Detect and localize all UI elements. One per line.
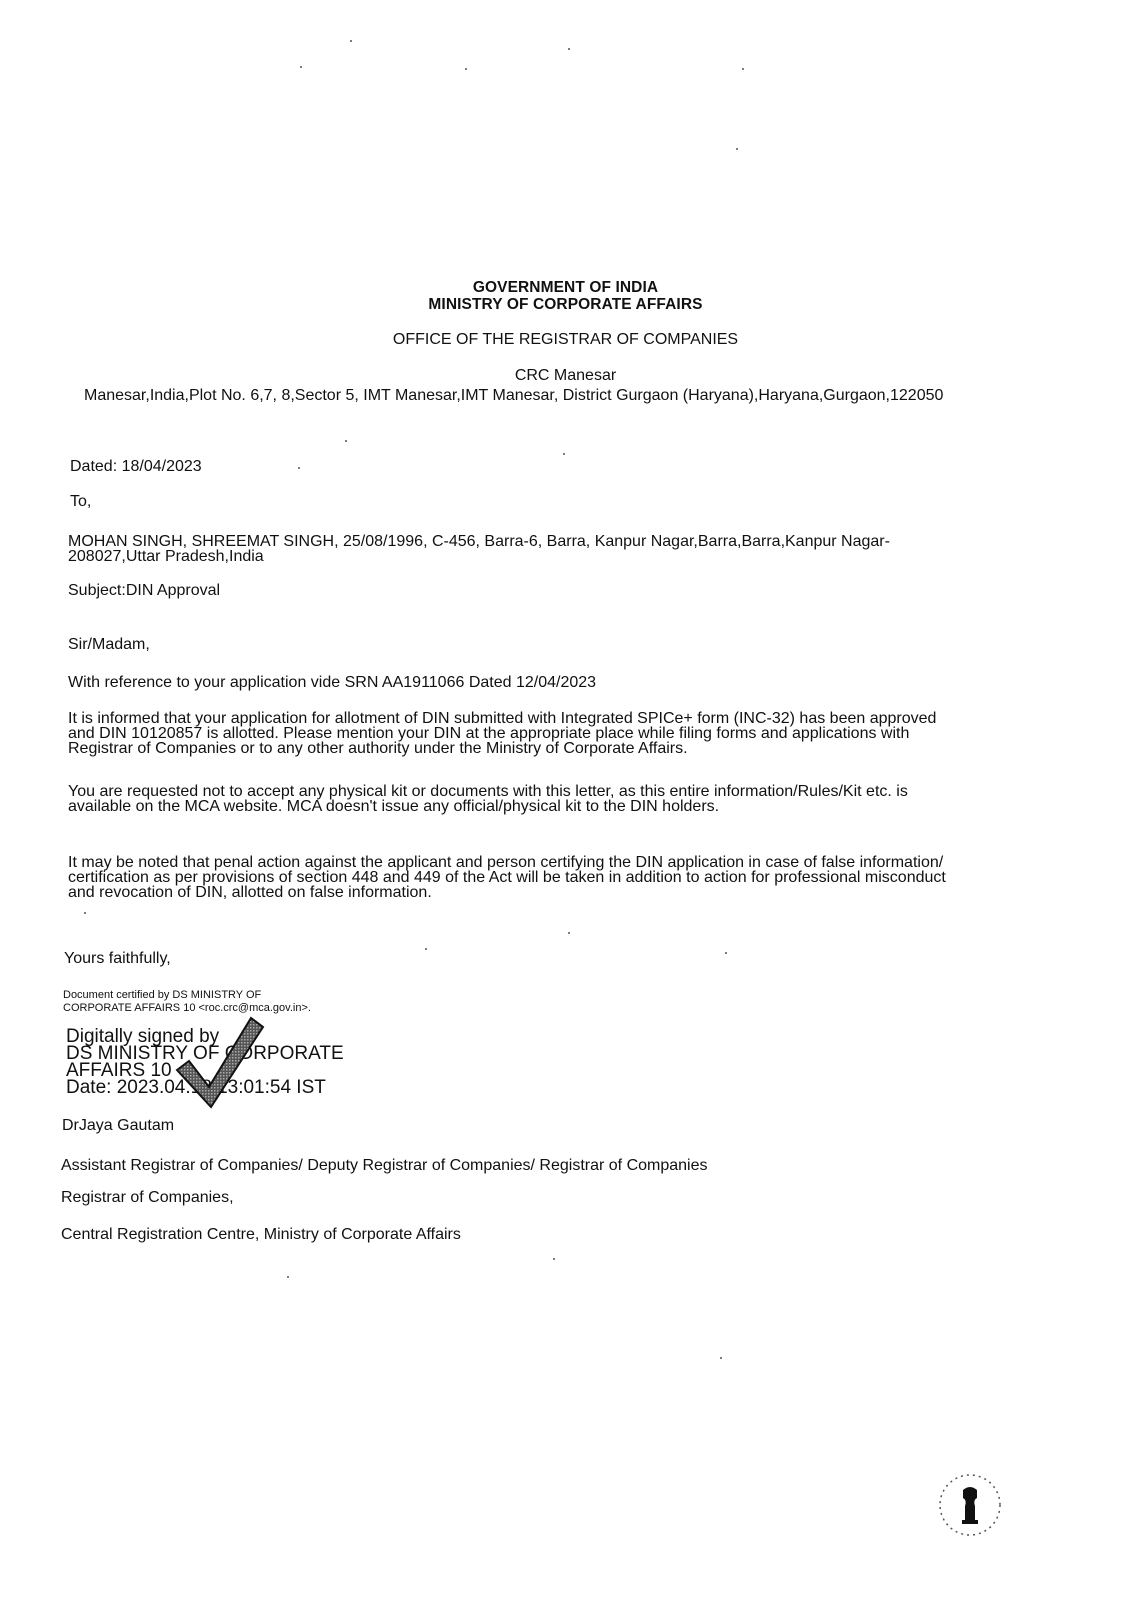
paragraph-line: You are requested not to accept any phys… <box>68 784 908 799</box>
scan-speck <box>287 1276 289 1278</box>
scan-speck <box>465 68 467 70</box>
signatory-office: Registrar of Companies, <box>61 1190 234 1206</box>
signatory-designation: Assistant Registrar of Companies/ Deputy… <box>61 1158 708 1174</box>
scan-speck <box>84 912 86 914</box>
paragraph-line: Registrar of Companies or to any other a… <box>68 741 936 756</box>
paragraph-penal-action: It may be noted that penal action agains… <box>68 855 946 900</box>
scan-speck <box>568 48 570 50</box>
scan-speck <box>563 453 565 455</box>
scan-speck <box>568 932 570 934</box>
letter-reference: With reference to your application vide … <box>68 675 596 691</box>
letter-salutation: Sir/Madam, <box>68 637 150 653</box>
checkmark-icon <box>175 1015 265 1110</box>
letter-to: To, <box>70 494 91 510</box>
paragraph-kit-notice: You are requested not to accept any phys… <box>68 784 908 814</box>
recipient-line-1: MOHAN SINGH, SHREEMAT SINGH, 25/08/1996,… <box>68 534 890 549</box>
certified-by: Document certified by DS MINISTRY OF COR… <box>63 989 311 1015</box>
letter-closing: Yours faithfully, <box>64 951 171 967</box>
header-ministry: MINISTRY OF CORPORATE AFFAIRS <box>0 296 1131 314</box>
scan-speck <box>298 467 300 469</box>
national-emblem-icon <box>935 1470 1005 1540</box>
scan-speck <box>425 948 427 950</box>
header-office: OFFICE OF THE REGISTRAR OF COMPANIES <box>0 332 1131 348</box>
letter-date: Dated: 18/04/2023 <box>70 459 202 475</box>
paragraph-line: certification as per provisions of secti… <box>68 870 946 885</box>
letter-subject: Subject:DIN Approval <box>68 583 220 599</box>
scan-speck <box>720 1357 722 1359</box>
certified-line-2: CORPORATE AFFAIRS 10 <roc.crc@mca.gov.in… <box>63 1002 311 1015</box>
signatory-centre: Central Registration Centre, Ministry of… <box>61 1227 461 1243</box>
scan-speck <box>553 1258 555 1260</box>
scan-speck <box>345 440 347 442</box>
paragraph-line: It is informed that your application for… <box>68 711 936 726</box>
paragraph-line: available on the MCA website. MCA doesn'… <box>68 799 908 814</box>
paragraph-line: It may be noted that penal action agains… <box>68 855 946 870</box>
paragraph-line: and DIN 10120857 is allotted. Please men… <box>68 726 936 741</box>
scan-speck <box>725 952 727 954</box>
recipient-line-2: 208027,Uttar Pradesh,India <box>68 549 890 564</box>
signatory-name: DrJaya Gautam <box>62 1118 174 1134</box>
header-centre: CRC Manesar <box>0 368 1131 384</box>
scan-speck <box>300 66 302 68</box>
certified-line-1: Document certified by DS MINISTRY OF <box>63 989 311 1002</box>
scan-speck <box>736 148 738 150</box>
recipient-address: MOHAN SINGH, SHREEMAT SINGH, 25/08/1996,… <box>68 534 890 564</box>
scan-speck <box>350 40 352 42</box>
paragraph-line: and revocation of DIN, allotted on false… <box>68 885 946 900</box>
scan-speck <box>742 68 744 70</box>
header-address: Manesar,India,Plot No. 6,7, 8,Sector 5, … <box>84 388 943 404</box>
header-government: GOVERNMENT OF INDIA <box>0 279 1131 297</box>
paragraph-approval: It is informed that your application for… <box>68 711 936 756</box>
